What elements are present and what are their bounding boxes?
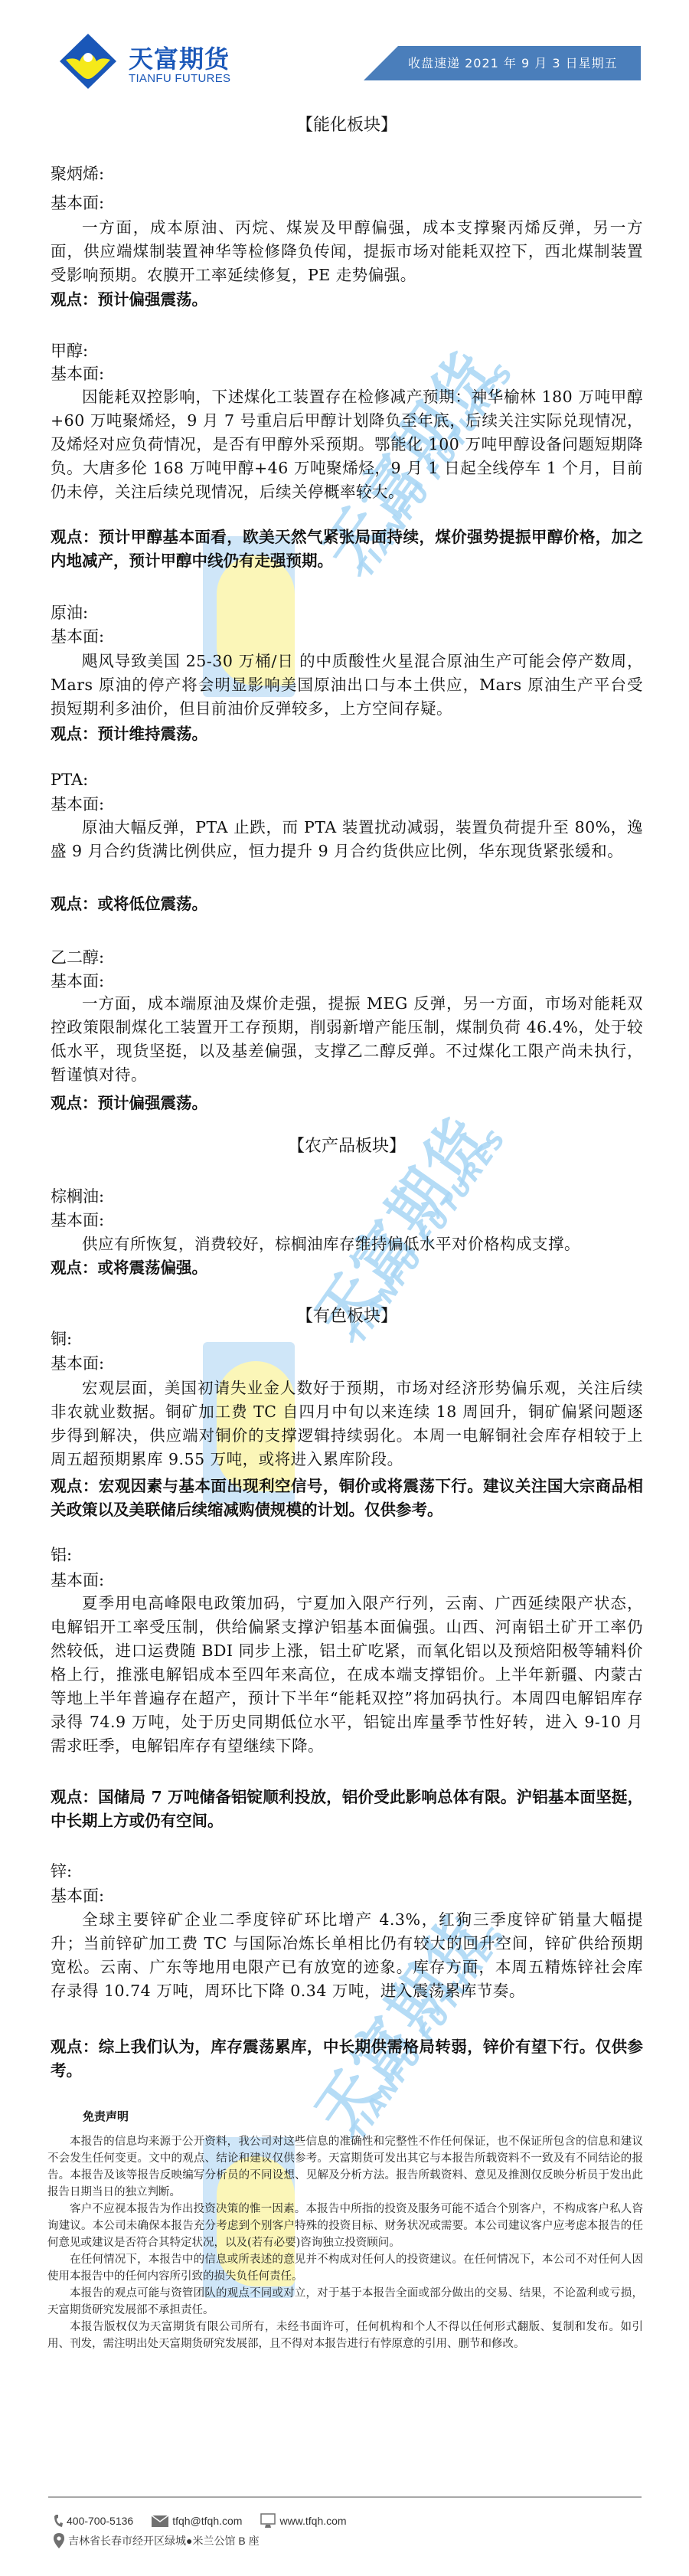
logo-diamond-icon [60,34,116,89]
phone-icon [54,2514,63,2528]
disclaimer-title: 免责声明 [83,2108,129,2124]
address-row: 吉林省长春市经开区绿城●米兰公馆 B 座 [54,2531,365,2551]
item-body-copper: 宏观层面，美国初请失业金人数好于预期，市场对经济形势偏乐观，关注后续非农就业数据… [51,1376,643,1471]
label-fundamentals: 基本面: [51,1209,104,1232]
item-title-aluminum: 铝: [51,1543,72,1567]
disclaimer-paragraph: 本报告版权仅为天富期货有限公司所有，未经书面许可，任何机构和个人不得以任何形式翻… [47,2319,643,2352]
item-body-palm-oil: 供应有所恢复，消费较好，棕榈油库存维持偏低水平对价格构成支撑。 [51,1232,643,1256]
disclaimer-paragraph: 在任何情况下，本报告中的信息或所表述的意见并不构成对任何人的投资建议。在任何情况… [47,2251,643,2285]
item-title-pta: PTA: [51,768,88,792]
monitor-icon [260,2513,276,2529]
label-fundamentals: 基本面: [51,1569,104,1592]
item-body-pp: 一方面，成本原油、丙烷、煤炭及甲醇偏强，成本支撑聚丙烯反弹，另一方面，供应端煤制… [51,216,643,287]
item-title-zinc: 锌: [51,1860,72,1884]
item-title-copper: 铜: [51,1327,72,1351]
location-pin-icon [54,2533,64,2548]
office-address: 吉林省长春市经开区绿城●米兰公馆 B 座 [68,2533,260,2548]
label-fundamentals: 基本面: [51,793,104,817]
section-title-nonferrous: 【有色板块】 [51,1304,643,1328]
item-body-crude: 飓风导致美国 25-30 万桶/日 的中质酸性火星混合原油生产可能会停产数周，M… [51,650,643,721]
item-body-zinc: 全球主要锌矿企业二季度锌矿环比增产 4.3%，红狗三季度锌矿销量大幅提升；当前锌… [51,1908,643,2003]
item-view-methanol: 观点：预计甲醇基本面看，欧美天然气紧张局面持续，煤价强势提振甲醇价格，加之内地减… [51,525,643,573]
item-body-methanol: 因能耗双控影响，下述煤化工装置存在检修减产预期：神华榆林 180 万吨甲醇+60… [51,385,643,504]
item-view-copper: 观点：宏观因素与基本面出现利空信号，铜价或将震荡下行。建议关注国大宗商品相关政策… [51,1475,643,1522]
phone-number: 400-700-5136 [67,2515,133,2527]
report-page: 天富期货 TIANFU FUTURES 天富期货 TIANFU FUTURES … [0,0,689,2576]
item-title-methanol: 甲醇: [51,339,88,363]
disclaimer-body: 本报告的信息均来源于公开资料，我公司对这些信息的准确性和完整性不作任何保证，也不… [47,2133,643,2352]
item-title-pp: 聚炳烯: [51,162,104,186]
logo-english-name: TIANFU FUTURES [129,72,230,85]
contact-row: 400-700-5136 tfqh@tfqh.com www.tfqh.com [54,2511,365,2531]
report-date: 收盘速递 2021 年 9 月 3 日星期五 [408,54,618,71]
address-contact: 吉林省长春市经开区绿城●米兰公馆 B 座 [54,2533,260,2548]
item-view-palm-oil: 观点：或将震荡偏强。 [51,1256,643,1280]
website-link[interactable]: www.tfqh.com [279,2515,346,2527]
section-title-agri: 【农产品板块】 [51,1134,643,1158]
item-body-pta: 原油大幅反弹，PTA 止跌，而 PTA 装置扰动减弱，装置负荷提升至 80%，逸… [51,816,643,863]
label-fundamentals: 基本面: [51,625,104,649]
footer-divider [48,2496,642,2498]
label-fundamentals: 基本面: [51,1352,104,1376]
logo-chinese-name: 天富期货 [129,40,230,75]
item-body-aluminum: 夏季用电高峰限电政策加码，宁夏加入限产行列，云南、广西延续限产状态，电解铝开工率… [51,1592,643,1758]
email-contact: tfqh@tfqh.com [152,2514,242,2528]
company-logo: 天富期货 TIANFU FUTURES [60,34,243,89]
label-fundamentals: 基本面: [51,970,104,993]
item-view-aluminum: 观点：国储局 7 万吨储备铝锭顺利投放，铝价受此影响总体有限。沪铝基本面坚挺，中… [51,1786,643,1833]
item-view-pta: 观点：或将低位震荡。 [51,892,643,916]
label-fundamentals: 基本面: [51,1884,104,1908]
disclaimer-paragraph: 客户不应视本报告为作出投资决策的惟一因素。本报告中所指的投资及服务可能不适合个别… [47,2201,643,2251]
mail-icon [152,2514,168,2528]
disclaimer-paragraph: 本报告的信息均来源于公开资料，我公司对这些信息的准确性和完整性不作任何保证，也不… [47,2133,643,2201]
label-fundamentals: 基本面: [51,362,104,386]
item-view-meg: 观点：预计偏强震荡。 [51,1092,643,1115]
item-title-crude: 原油: [51,601,88,625]
item-view-pp: 观点：预计偏强震荡。 [51,288,643,312]
section-title-energy-chem: 【能化板块】 [51,113,643,137]
email-address[interactable]: tfqh@tfqh.com [172,2515,242,2527]
website-contact: www.tfqh.com [260,2513,346,2529]
phone-contact: 400-700-5136 [54,2514,133,2528]
item-body-meg: 一方面，成本端原油及煤价走强，提振 MEG 反弹，另一方面，市场对能耗双控政策限… [51,992,643,1087]
item-view-crude: 观点：预计维持震荡。 [51,722,643,746]
disclaimer-paragraph: 本报告的观点可能与资管团队的观点不同或对立，对于基于本报告全面或部分做出的交易、… [47,2285,643,2319]
date-banner: 收盘速递 2021 年 9 月 3 日星期五 [364,46,641,80]
item-title-palm-oil: 棕榈油: [51,1185,104,1209]
item-view-zinc: 观点：综上我们认为，库存震荡累库，中长期供需格局转弱，锌价有望下行。仅供参考。 [51,2035,643,2083]
label-fundamentals: 基本面: [51,191,104,215]
contact-footer: 400-700-5136 tfqh@tfqh.com www.tfqh.com [54,2511,365,2551]
item-title-meg: 乙二醇: [51,946,104,970]
